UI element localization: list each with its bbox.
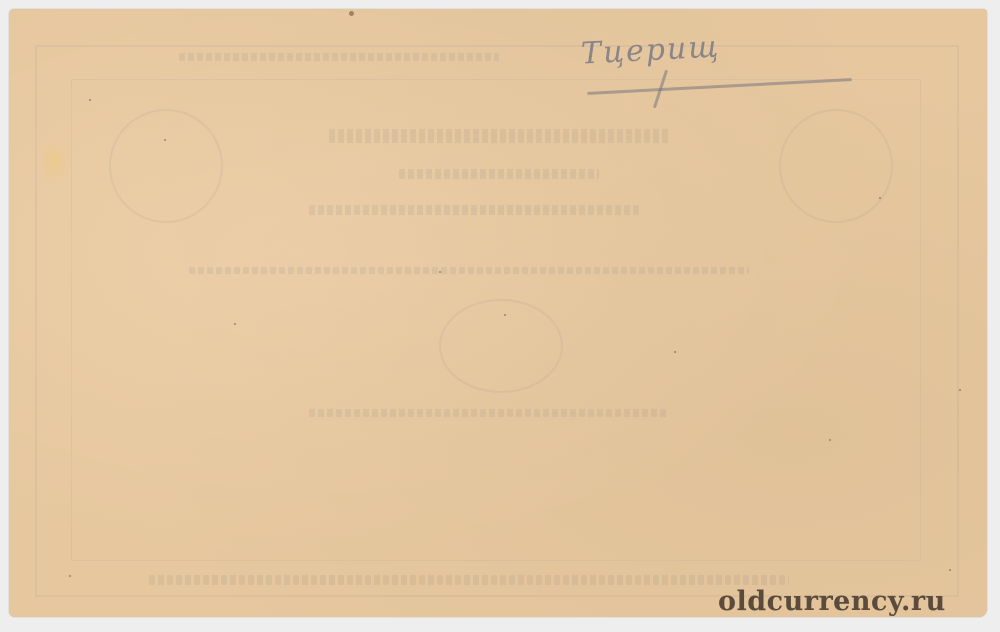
yellow-stain bbox=[37, 139, 71, 185]
speck bbox=[959, 389, 961, 391]
subtitle-text-showthrough bbox=[399, 169, 599, 179]
banknote-card: Тцерищ oldcurrency.ru bbox=[9, 9, 987, 617]
left-seal-showthrough bbox=[109, 109, 223, 223]
speck bbox=[349, 11, 354, 16]
speck bbox=[879, 197, 881, 199]
speck bbox=[504, 314, 506, 316]
speck bbox=[949, 569, 951, 571]
right-seal-showthrough bbox=[779, 109, 893, 223]
speck bbox=[234, 323, 236, 325]
title-text-showthrough bbox=[329, 129, 669, 143]
speck bbox=[829, 439, 831, 441]
bottom-band-showthrough bbox=[149, 575, 789, 585]
speck bbox=[164, 139, 166, 141]
speck bbox=[89, 99, 91, 101]
handwritten-note: Тцерищ bbox=[580, 29, 721, 71]
line-text-showthrough bbox=[189, 267, 749, 274]
top-band-showthrough bbox=[179, 53, 499, 61]
center-seal-showthrough bbox=[439, 299, 563, 393]
line-text-showthrough bbox=[309, 205, 639, 215]
site-watermark: oldcurrency.ru bbox=[718, 586, 946, 617]
speck bbox=[439, 271, 441, 273]
speck bbox=[69, 575, 71, 577]
speck bbox=[674, 351, 676, 353]
line-text-showthrough bbox=[309, 409, 669, 417]
